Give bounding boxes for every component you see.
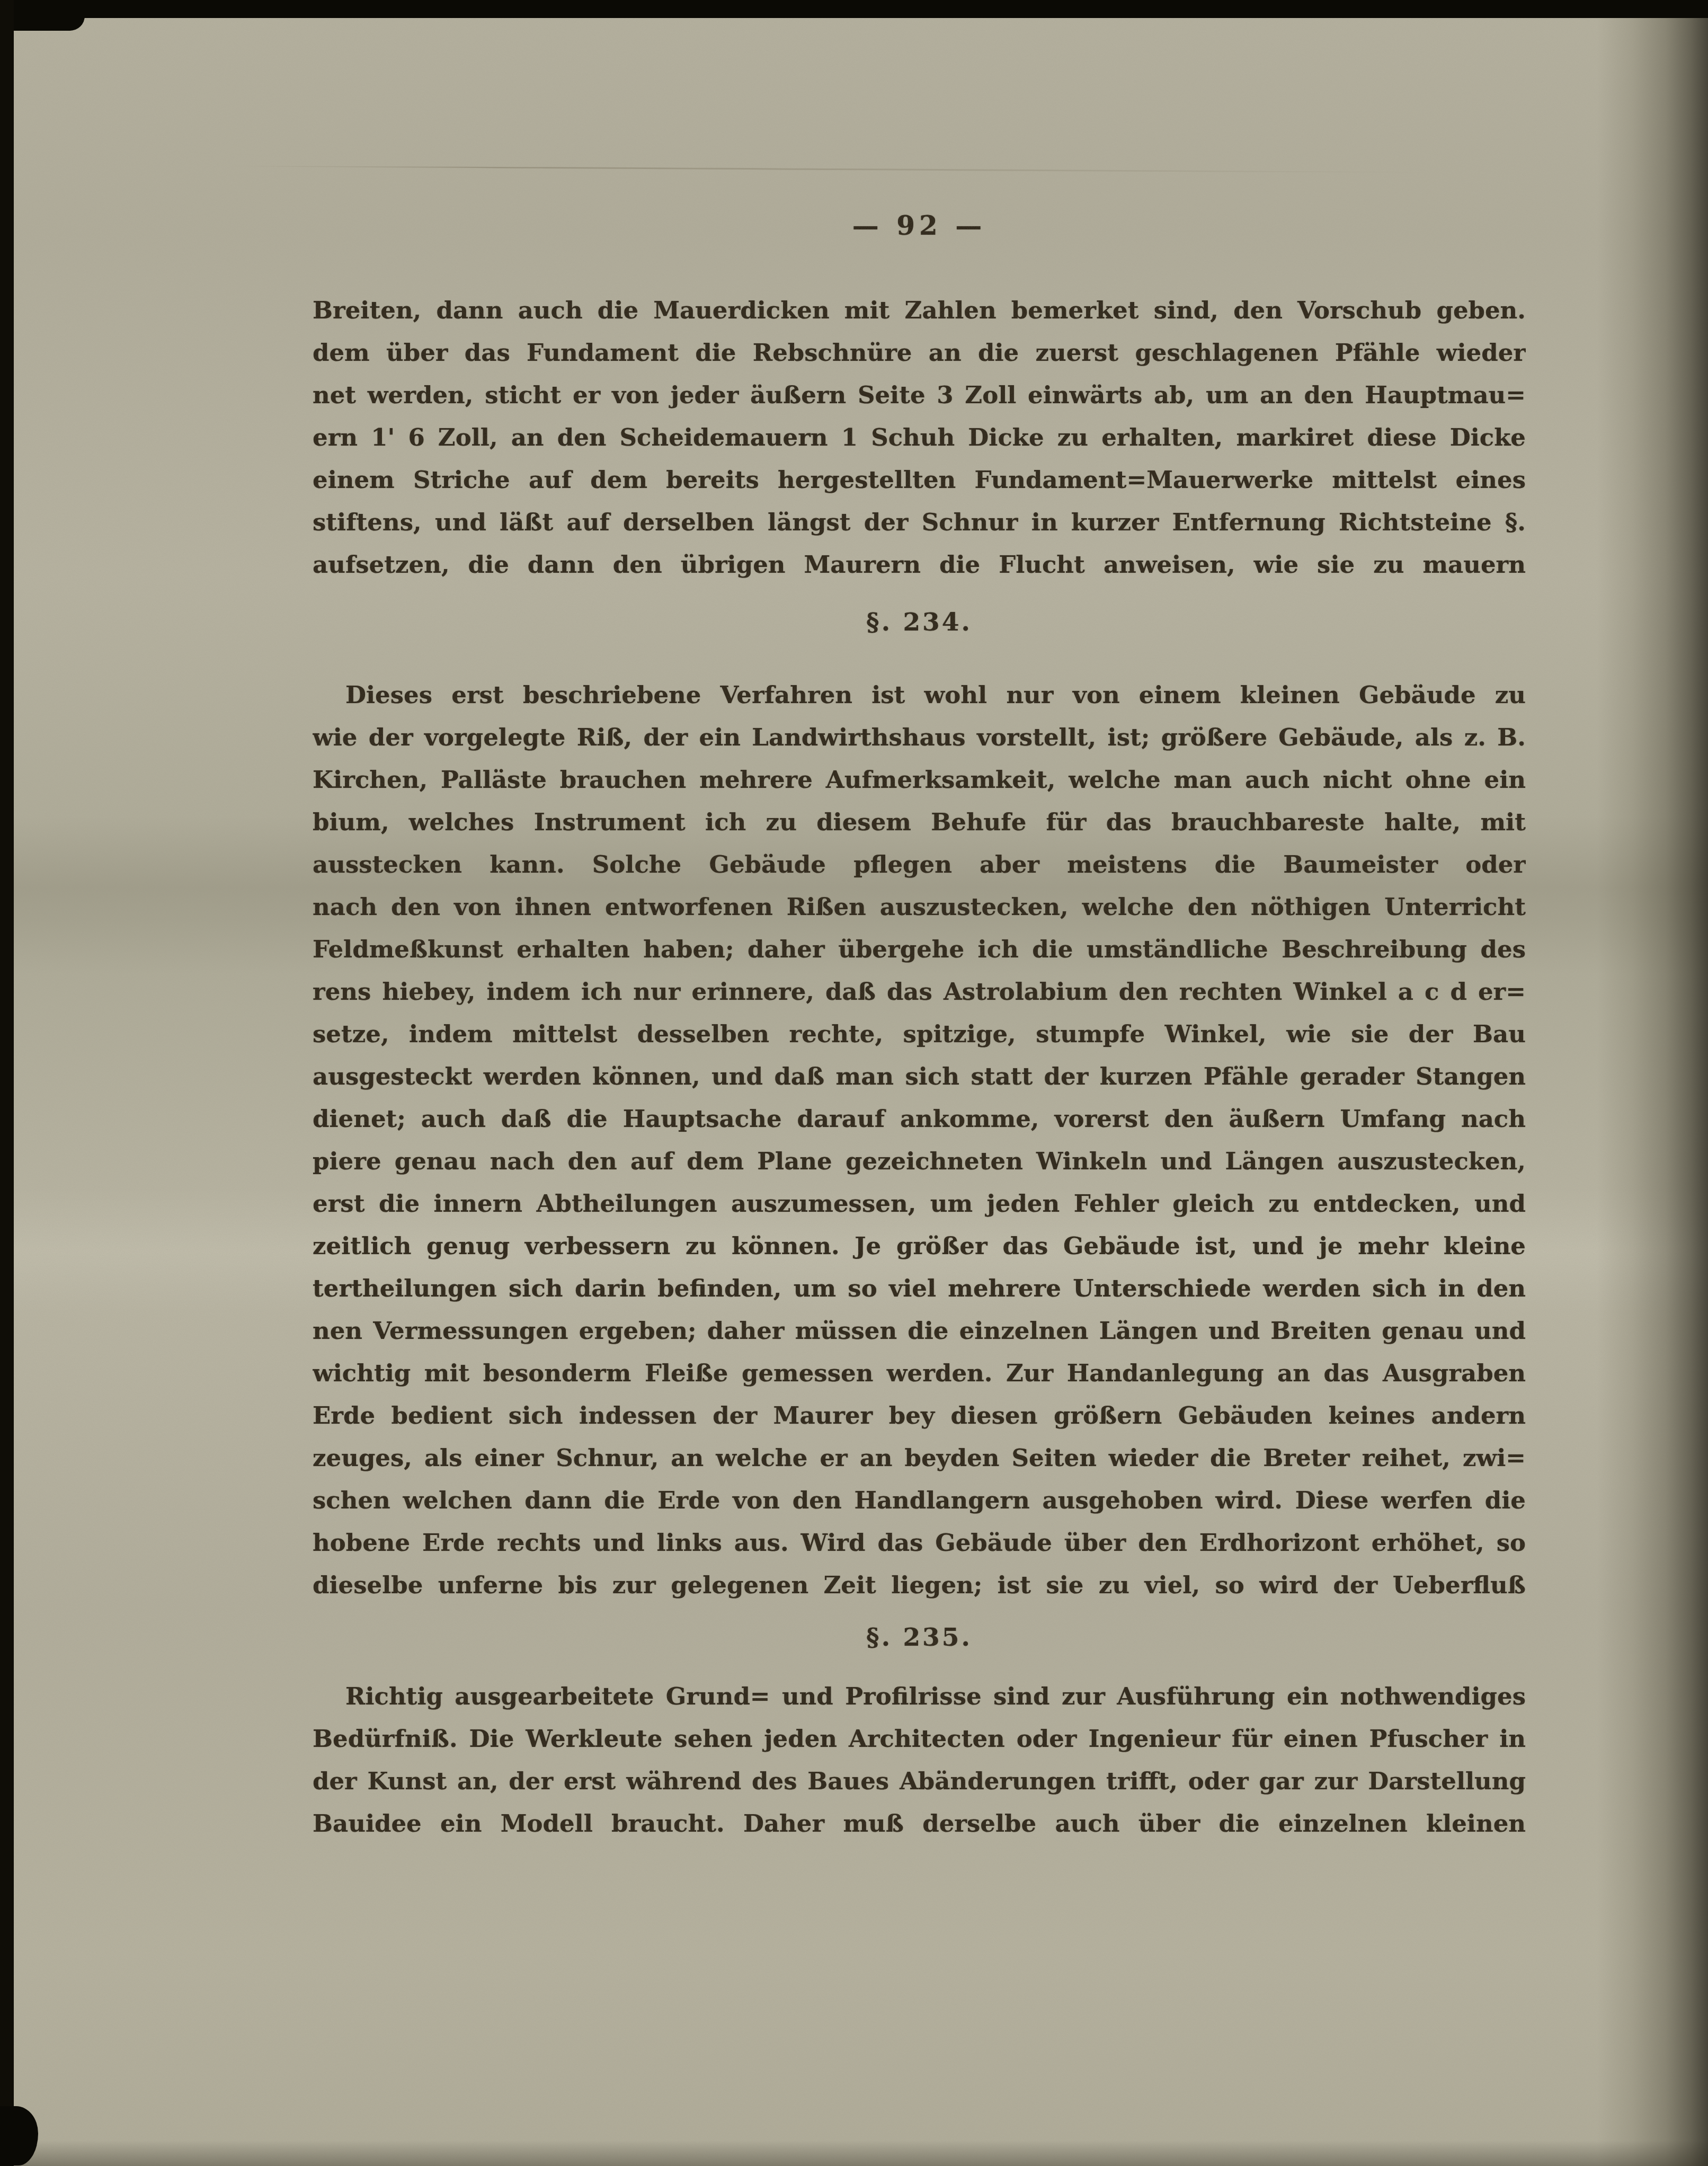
scan-edge-left (0, 0, 14, 2166)
text-line: wie der vorgelegte Riß, der ein Landwirt… (313, 716, 1526, 759)
text-line: tertheilungen sich darin befinden, um so… (313, 1267, 1526, 1310)
text-line: Richtig ausgearbeitete Grund= und Profil… (313, 1675, 1526, 1718)
text-line: net werden, sticht er von jeder äußern S… (313, 374, 1526, 416)
bottom-edge-shadow (14, 2141, 1708, 2166)
text-line: Feldmeßkunst erhalten haben; daher überg… (313, 928, 1526, 971)
text-line: setze, indem mittelst desselben rechte, … (313, 1013, 1526, 1055)
text-line: ausstecken kann. Solche Gebäude pflegen … (313, 844, 1526, 886)
text-line: Dieses erst beschriebene Verfahren ist w… (313, 674, 1526, 716)
page-number: — 92 — (313, 211, 1526, 241)
paragraph-continuation: Breiten, dann auch die Mauerdicken mit Z… (313, 289, 1526, 586)
text-line: stiftens, und läßt auf derselben längst … (313, 501, 1526, 544)
text-line: Bauidee ein Modell braucht. Daher muß de… (313, 1803, 1526, 1845)
text-line: Erde bedient sich indessen der Maurer be… (313, 1395, 1526, 1437)
text-line: ern 1' 6 Zoll, an den Scheidemauern 1 Sc… (313, 416, 1526, 459)
text-line: hobene Erde rechts und links aus. Wird d… (313, 1522, 1526, 1564)
text-line: aufsetzen, die dann den übrigen Maurern … (313, 544, 1526, 586)
text-line: der Kunst an, der erst während des Baues… (313, 1760, 1526, 1803)
text-line: nen Vermessungen ergeben; daher müssen d… (313, 1310, 1526, 1352)
text-line: piere genau nach den auf dem Plane gezei… (313, 1140, 1526, 1183)
text-line: dienet; auch daß die Hauptsache darauf a… (313, 1098, 1526, 1140)
text-line: erst die innern Abtheilungen auszumessen… (313, 1183, 1526, 1225)
text-line: zeuges, als einer Schnur, an welche er a… (313, 1437, 1526, 1479)
text-line: bium, welches Instrument ich zu diesem B… (313, 801, 1526, 844)
text-line: Breiten, dann auch die Mauerdicken mit Z… (313, 289, 1526, 332)
paragraph-section-235: Richtig ausgearbeitete Grund= und Profil… (313, 1675, 1526, 1845)
section-heading-235: §. 235. (313, 1619, 1526, 1656)
text-line: ausgesteckt werden können, und daß man s… (313, 1055, 1526, 1098)
text-line: zeitlich genug verbessern zu können. Je … (313, 1225, 1526, 1267)
book-gutter-shadow (1597, 18, 1708, 2166)
section-heading-234: §. 234. (313, 604, 1526, 641)
text-line: schen welchen dann die Erde von den Hand… (313, 1479, 1526, 1522)
text-line: rens hiebey, indem ich nur erinnere, daß… (313, 971, 1526, 1013)
text-block: — 92 — Breiten, dann auch die Mauerdicke… (313, 0, 1526, 1845)
paragraph-section-234: Dieses erst beschriebene Verfahren ist w… (313, 674, 1526, 1606)
text-line: Bedürfniß. Die Werkleute sehen jeden Arc… (313, 1718, 1526, 1760)
scan-edge-top (0, 0, 1708, 18)
text-line: einem Striche auf dem bereits hergestell… (313, 459, 1526, 501)
text-line: nach den von ihnen entworfenen Rißen aus… (313, 886, 1526, 928)
text-line: wichtig mit besonderm Fleiße gemessen we… (313, 1352, 1526, 1395)
text-line: dem über das Fundament die Rebschnüre an… (313, 332, 1526, 374)
text-line: dieselbe unferne bis zur gelegenen Zeit … (313, 1564, 1526, 1606)
text-line: Kirchen, Palläste brauchen mehrere Aufme… (313, 759, 1526, 801)
